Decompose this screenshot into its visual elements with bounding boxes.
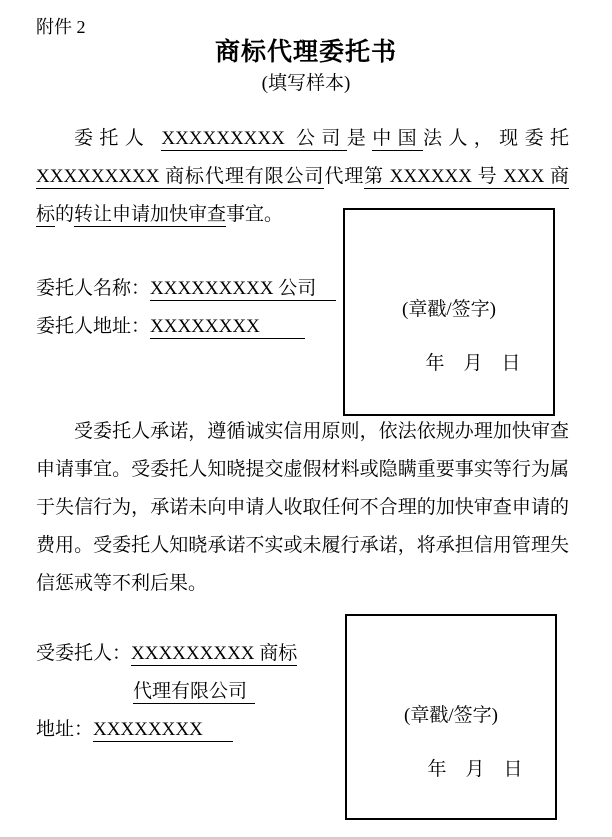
agent-name-value-line1: XXXXXXXXX 商标 xyxy=(131,643,297,666)
agent-date-line: 年 月 日 xyxy=(347,758,555,782)
text-run: 的 xyxy=(55,204,74,225)
principal-name-line: 委托人名称：XXXXXXXXX 公司 xyxy=(36,270,336,308)
text-run: 是 xyxy=(347,128,372,149)
principal-address-value: XXXXXXXX xyxy=(150,316,305,339)
principal-name-label: 委托人名称： xyxy=(36,278,150,299)
principal-info: 委托人名称：XXXXXXXXX 公司 委托人地址：XXXXXXXX xyxy=(36,270,336,346)
document-page: 附件 2 商标代理委托书 (填写样本) 委托人 XXXXXXXXX 公司是中国法… xyxy=(0,0,612,839)
agent-name-line2: 代理有限公司 xyxy=(36,673,297,711)
fill-in-underlined-text: 中国 xyxy=(372,128,423,151)
fill-in-underlined-text: XXXXXXXXX 公司 xyxy=(161,128,346,151)
text-run: 事宜。 xyxy=(226,204,283,225)
agent-info: 受委托人：XXXXXXXXX 商标 代理有限公司 地址：XXXXXXXX xyxy=(36,635,297,749)
agent-name-label: 受委托人： xyxy=(36,643,131,664)
text-run: 委托人 xyxy=(74,128,161,149)
agent-address-line: 地址：XXXXXXXX xyxy=(36,711,297,749)
principal-date-line: 年 月 日 xyxy=(345,352,553,376)
paragraph-commitment: 受委托人承诺，遵循诚实信用原则，依法依规办理加快审查申请事宜。受委托人知晓提交虚… xyxy=(36,413,569,603)
text-run: 法人，现委托 xyxy=(423,128,569,149)
principal-address-line: 委托人地址：XXXXXXXX xyxy=(36,308,336,346)
document-title: 商标代理委托书 xyxy=(0,36,612,70)
principal-stamp-signature-label: (章戳/签字) xyxy=(345,298,553,322)
agent-address-value: XXXXXXXX xyxy=(93,719,233,742)
agent-name-value-line2: 代理有限公司 xyxy=(133,681,255,704)
agent-stamp-box: (章戳/签字) 年 月 日 xyxy=(345,614,557,820)
fill-in-underlined-text: 转让申请加快审查 xyxy=(74,204,226,227)
agent-name-line: 受委托人：XXXXXXXXX 商标 xyxy=(36,635,297,673)
principal-name-value: XXXXXXXXX 公司 xyxy=(150,278,336,301)
principal-address-label: 委托人地址： xyxy=(36,316,150,337)
text-run: 代理 xyxy=(324,166,364,187)
agent-stamp-signature-label: (章戳/签字) xyxy=(347,704,555,728)
fill-in-underlined-text: XXXXXXXXX 商标代理有限公司 xyxy=(36,166,324,189)
document-subtitle: (填写样本) xyxy=(0,71,612,97)
principal-stamp-box: (章戳/签字) 年 月 日 xyxy=(343,208,555,416)
agent-address-label: 地址： xyxy=(36,719,93,740)
